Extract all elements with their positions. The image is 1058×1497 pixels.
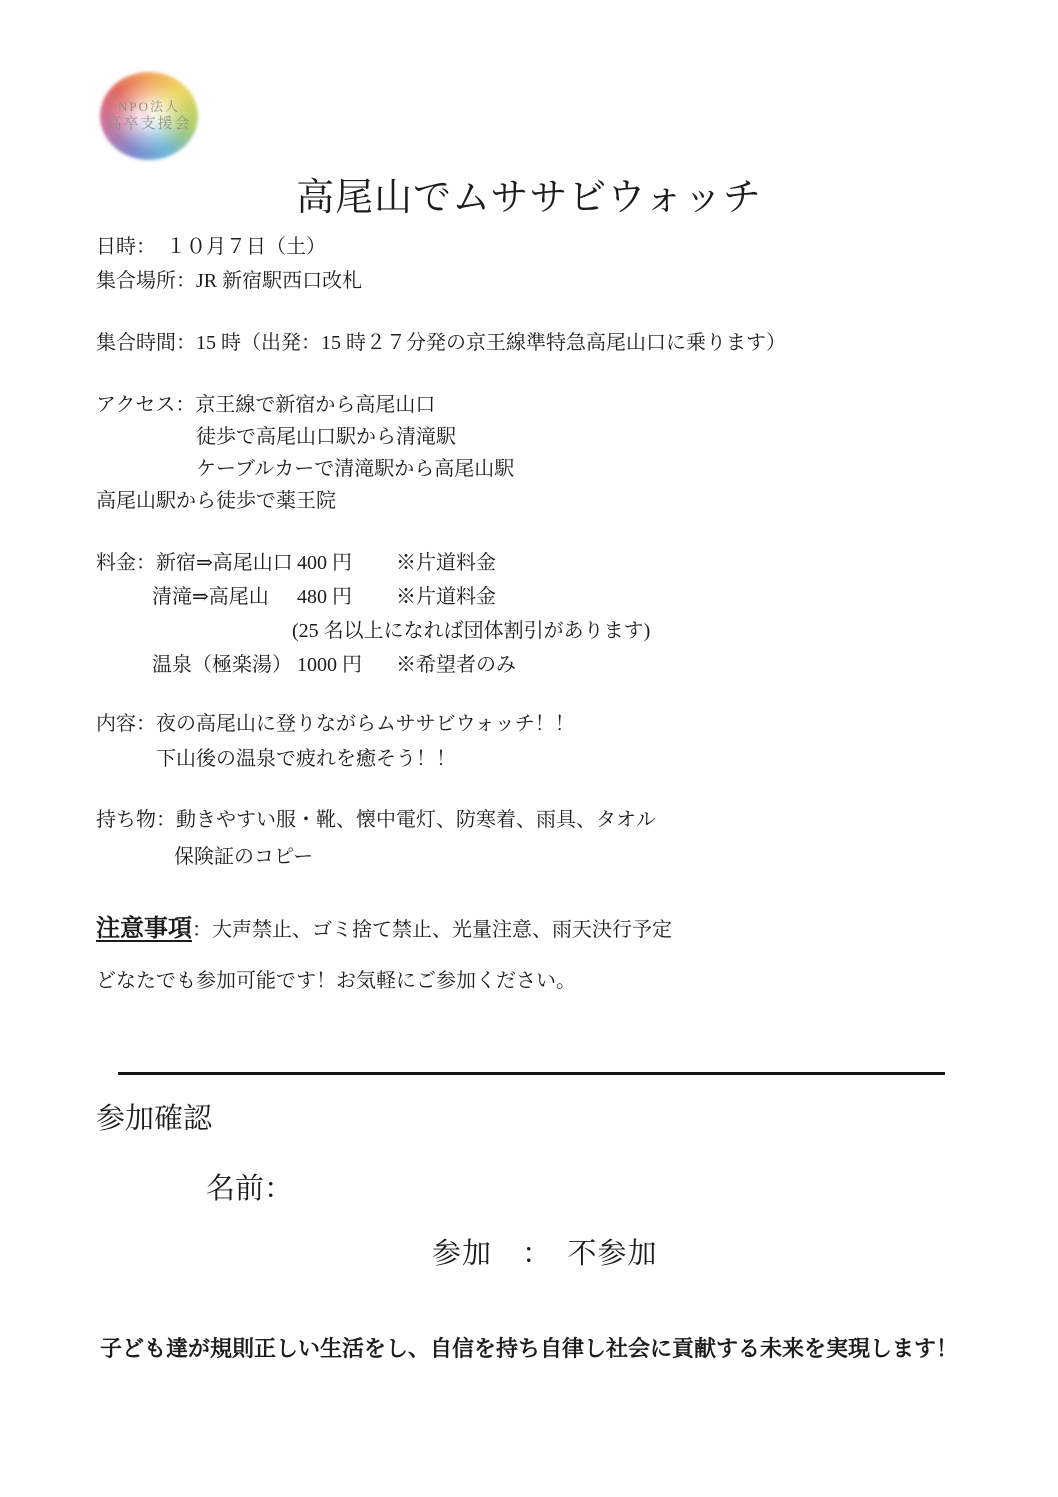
fee-note: ※片道料金 <box>396 546 496 575</box>
divider-line <box>118 1046 945 1075</box>
notes-heading: 注意事項 <box>96 916 192 942</box>
rsvp-name-label: 名前： <box>206 1166 293 1207</box>
access-line-2: 徒歩で高尾山口駅から清滝駅 <box>96 421 514 453</box>
rsvp-attend-choice: 参加 ： 不参加 <box>432 1231 658 1272</box>
access-line-3: ケーブルカーで清滝駅から高尾山駅 <box>96 453 514 485</box>
fee-note: ※片道料金 <box>396 580 496 609</box>
fee-label: 料金：新宿⇒高尾山口 <box>96 546 293 575</box>
notes-line: 注意事項：大声禁止、ゴミ捨て禁止、光量注意、雨天決行予定 <box>96 908 672 943</box>
invite-line: どなたでも参加可能です！お気軽にご参加ください。 <box>96 964 576 993</box>
fee-label: 温泉（極楽湯） <box>152 648 292 677</box>
fee-price: 1000 円 <box>297 648 362 677</box>
footer-slogan: 子ども達が規則正しい生活をし、自信を持ち自律し社会に貢献する未来を実現します！ <box>0 1332 1058 1363</box>
npo-logo: NPO法人 高卒支援会 <box>100 72 198 160</box>
contents-block: 内容：夜の高尾山に登りながらムササビウォッチ！！ 下山後の温泉で疲れを癒そう！！ <box>96 707 575 777</box>
rsvp-heading: 参加確認 <box>96 1096 212 1137</box>
group-discount-note: (25 名以上になれば団体割引があります) <box>292 614 650 643</box>
access-line-1: アクセス：京王線で新宿から高尾山口 <box>96 389 514 421</box>
fee-note: ※希望者のみ <box>396 648 516 677</box>
document-page: NPO法人 高卒支援会 高尾山でムササビウォッチ 日時： １０月７日（土） 集合… <box>0 0 1058 1497</box>
datetime-line: 日時： １０月７日（土） <box>96 230 362 264</box>
notes-body: ：大声禁止、ゴミ捨て禁止、光量注意、雨天決行予定 <box>192 919 672 941</box>
logo-text: NPO法人 高卒支援会 <box>100 72 198 160</box>
fee-price: 400 円 <box>297 546 352 575</box>
page-title: 高尾山でムササビウォッチ <box>0 166 1058 221</box>
meeting-place-line: 集合場所：JR 新宿駅西口改札 <box>96 264 362 298</box>
fee-price: 480 円 <box>297 580 352 609</box>
logo-org-name: 高卒支援会 <box>106 115 191 133</box>
contents-line-2: 下山後の温泉で疲れを癒そう！！ <box>96 742 575 777</box>
access-line-4: 高尾山駅から徒歩で薬王院 <box>96 485 514 517</box>
logo-org-type: NPO法人 <box>118 99 180 115</box>
contents-line-1: 内容：夜の高尾山に登りながらムササビウォッチ！！ <box>96 707 575 742</box>
access-block: アクセス：京王線で新宿から高尾山口 徒歩で高尾山口駅から清滝駅 ケーブルカーで清… <box>96 389 514 517</box>
belongings-line-1: 持ち物：動きやすい服・靴、懐中電灯、防寒着、雨具、タオル <box>96 802 656 839</box>
fee-label: 清滝⇒高尾山 <box>152 580 269 609</box>
belongings-block: 持ち物：動きやすい服・靴、懐中電灯、防寒着、雨具、タオル 保険証のコピー <box>96 802 656 876</box>
belongings-line-2: 保険証のコピー <box>96 839 656 876</box>
meeting-time-line: 集合時間：15 時（出発：15 時２７分発の京王線準特急高尾山口に乗ります） <box>96 326 786 355</box>
when-where-block: 日時： １０月７日（土） 集合場所：JR 新宿駅西口改札 <box>96 230 362 298</box>
